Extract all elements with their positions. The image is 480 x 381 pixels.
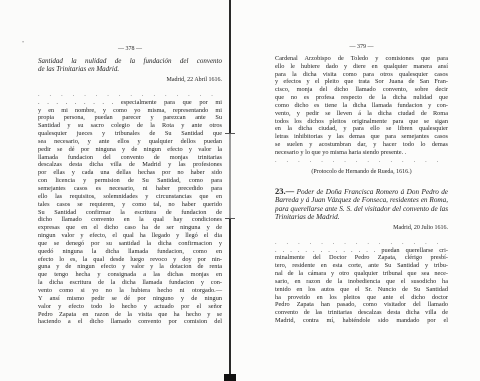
text-line: Santidad y su sacro colegio de la Rota y…	[38, 122, 222, 130]
text-line: que no es profesa respecto de la dicha n…	[275, 94, 448, 102]
text-line: pedir se dé por ninguna y de ningun efec…	[38, 146, 222, 154]
text-line: efecto lo es, la qual desde luego revoco…	[38, 256, 222, 264]
page-number-right: — 379 —	[275, 44, 448, 52]
text-line: valor y efecto todo lo hecho y actuado p…	[38, 303, 222, 311]
text-line: . . . . . . . . . especialmente para que…	[38, 99, 222, 107]
text-line: qualesquier jueces y tribunales de Su Sa…	[38, 130, 222, 138]
ellipsis-line: . . . . . . . . . . . . . . . . . . .	[275, 157, 448, 165]
text-line: en la dicha ciudad, y para ello se libre…	[275, 125, 448, 133]
spine-shadow	[224, 374, 236, 381]
text-line: por ellas y cada una dellas hechas por n…	[38, 169, 222, 177]
title-line: Santidad la nulidad de la fundación del …	[38, 57, 222, 66]
text-line: sario, en razon de la inobediencia que e…	[275, 278, 448, 286]
text-line: descalzas desta dicha villa de Madrid y …	[38, 161, 222, 169]
text-line: convento de las trinitarias descalzas de…	[275, 309, 448, 317]
text-line: expresas que en el dicho caso ha de ser …	[38, 224, 222, 232]
text-line: Pedro Zapata han pasado, como visitador …	[275, 301, 448, 309]
text-line: como dicho es tiene la dicha llamada fun…	[275, 102, 448, 110]
text-line: todos los dichos pleitos originalmente p…	[275, 118, 448, 126]
text-line: . . . . . . . . . . . . . . puedan quere…	[275, 247, 448, 255]
source-reference: (Protocolo de Hernando de Rueda, 1616.)	[275, 169, 448, 177]
margin-mark: •	[22, 40, 24, 46]
text-line: vento, y pedir se lleven á la dicha ciud…	[275, 110, 448, 118]
text-line: la dicha escritura de la dicha llamada f…	[38, 279, 222, 287]
text-line: minalmente del Doctor Pedro Zapata, clér…	[275, 254, 448, 262]
text-line: se suelen y acostumbran dar, y hacer tod…	[275, 141, 448, 149]
text-line: propia persona, puedan parecer y parezca…	[38, 114, 222, 122]
text-line: llamada fundacion del convento de monjas…	[38, 154, 222, 162]
body-text-2: . . . . . . . . . . . . . . puedan quere…	[275, 247, 448, 325]
text-line: con licencia y permision de Su Santidad,…	[38, 177, 222, 185]
text-line: tales casos se requieren, y como tal, no…	[38, 201, 222, 209]
text-line: haciendo a el dicho llamado convento por…	[38, 318, 222, 326]
body-text: . . . . . . . . . especialmente para que…	[38, 99, 222, 326]
book-spine-faint-segment	[229, 133, 231, 218]
document-number: 23.—	[275, 186, 294, 196]
text-line: ello le hubiere dado y diere en qualquie…	[275, 63, 448, 71]
title-line: de las Trinitarias en Madrid.	[38, 65, 222, 74]
text-line: tero, residente en esta corte, ante Su S…	[275, 262, 448, 270]
text-line: necesario y lo que yo misma haria siendo…	[275, 149, 448, 157]
text-line: Y ansí mismo pedir se dé por ninguno y d…	[38, 295, 222, 303]
text-line: y en mi nombre, y como yo misma, represe…	[38, 107, 222, 115]
ellipsis-line: . . . . . . . . . . . . . . . . . . .	[275, 239, 448, 247]
document-heading: 23.— Poder de Doña Francisca Romero á Do…	[275, 187, 448, 222]
text-line: nal de la cámara y otro qualquier tribun…	[275, 270, 448, 278]
left-page: — 378 — Santidad la nulidad de la fundac…	[0, 0, 230, 381]
text-line: ello las requisitos, solemnidades y circ…	[38, 193, 222, 201]
text-line: semejantes casos es necesario, ni haber …	[38, 185, 222, 193]
text-line: que tengo hecha y consignada a las dicha…	[38, 271, 222, 279]
text-line: Cardenal Arzobispo de Toledo y comisione…	[275, 55, 448, 63]
spine-tick	[225, 218, 235, 219]
text-line: dicho llamado convento en la qual hay co…	[38, 216, 222, 224]
text-line: Madrid, contra mí, habiéndole sido manda…	[275, 317, 448, 325]
text-line: guna y de ningun efecto y valor y la dot…	[38, 263, 222, 271]
spine-tick	[225, 133, 235, 134]
text-line: que se denegó por su santidad la dicha c…	[38, 240, 222, 248]
text-line: ha proveido en los pleitos que ante el d…	[275, 294, 448, 302]
text-line: quedó ninguna la dicha llamada fundacion…	[38, 248, 222, 256]
text-line: tenido en los autos que el Sr. Nuncio de…	[275, 286, 448, 294]
page-number-left: — 378 —	[38, 46, 222, 54]
ellipsis-line: . . . . . . . . . . . . . . . . . . .	[38, 91, 222, 99]
text-line: Pedro Zapata en razon de la visita que h…	[38, 311, 222, 319]
text-line: Su Santidad confirmar la escritura de fu…	[38, 209, 222, 217]
body-text: Cardenal Arzobispo de Toledo y comisione…	[275, 55, 448, 157]
document-title: Poder de Doña Francisca Romero á Don Ped…	[275, 188, 448, 222]
dateline: Madrid, 20 Julio 1616.	[275, 225, 448, 233]
dateline: Madrid, 22 Abril 1616.	[38, 77, 222, 85]
left-page-content: — 378 — Santidad la nulidad de la fundac…	[38, 46, 222, 326]
text-line: y efectos y el pleito que trata Sor Juan…	[275, 78, 448, 86]
section-title: Santidad la nulidad de la fundación del …	[38, 57, 222, 74]
text-line: sea necesario, y ante ellos y qualquier …	[38, 138, 222, 146]
text-line: vento como si yo no la hubiera hecho ni …	[38, 287, 222, 295]
right-page-content: — 379 — Cardenal Arzobispo de Toledo y c…	[275, 44, 448, 325]
text-line: cisco, monja del dicho llamado convento,…	[275, 86, 448, 94]
text-line: ningun valor y efecto, el qual ha llegad…	[38, 232, 222, 240]
text-line: para la dicha visita como para otros qua…	[275, 71, 448, 79]
text-line: letras inhibitorias y las demas que para…	[275, 133, 448, 141]
